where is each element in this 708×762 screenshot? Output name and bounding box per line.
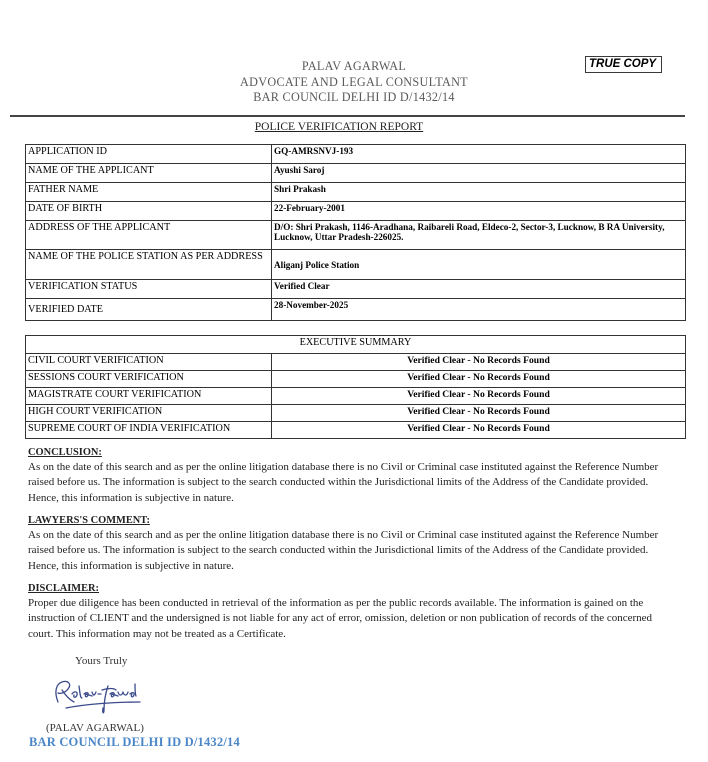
summary-heading-row: EXECUTIVE SUMMARY: [26, 336, 686, 354]
row-label: VERIFICATION STATUS: [26, 280, 272, 299]
closing-salutation: Yours Truly: [75, 655, 127, 667]
row-value: Verified Clear: [272, 280, 686, 299]
row-value: Ayushi Saroj: [272, 164, 686, 183]
table-row: FATHER NAME Shri Prakash: [26, 183, 686, 202]
row-value: D/O: Shri Prakash, 1146-Aradhana, Raibar…: [272, 221, 686, 250]
row-label: CIVIL COURT VERIFICATION: [26, 354, 272, 371]
applicant-details-table: APPLICATION ID GQ-AMRSNVJ-193 NAME OF TH…: [25, 144, 686, 321]
row-value: Verified Clear - No Records Found: [272, 405, 686, 422]
lawyers-comment-heading: LAWYERS'S COMMENT:: [28, 514, 678, 528]
row-value: Verified Clear - No Records Found: [272, 422, 686, 439]
disclaimer-text: Proper due diligence has been conducted …: [28, 596, 678, 642]
row-value: Verified Clear - No Records Found: [272, 388, 686, 405]
conclusion-text: As on the date of this search and as per…: [28, 460, 678, 506]
signature-icon: [46, 672, 146, 725]
table-row: ADDRESS OF THE APPLICANT D/O: Shri Praka…: [26, 221, 686, 250]
row-label: NAME OF THE APPLICANT: [26, 164, 272, 183]
table-row: NAME OF THE APPLICANT Ayushi Saroj: [26, 164, 686, 183]
row-label: FATHER NAME: [26, 183, 272, 202]
executive-summary-table: EXECUTIVE SUMMARY CIVIL COURT VERIFICATI…: [25, 335, 686, 439]
table-row: VERIFICATION STATUS Verified Clear: [26, 280, 686, 299]
row-value: Aliganj Police Station: [272, 250, 686, 280]
table-row: DATE OF BIRTH 22-February-2001: [26, 202, 686, 221]
row-label: SUPREME COURT OF INDIA VERIFICATION: [26, 422, 272, 439]
conclusion-heading: CONCLUSION:: [28, 446, 678, 460]
true-copy-stamp: TRUE COPY: [585, 56, 662, 73]
row-label: HIGH COURT VERIFICATION: [26, 405, 272, 422]
advocate-designation: ADVOCATE AND LEGAL CONSULTANT: [0, 75, 708, 91]
table-row: APPLICATION ID GQ-AMRSNVJ-193: [26, 145, 686, 164]
row-value: Verified Clear - No Records Found: [272, 354, 686, 371]
advocate-bar-id: BAR COUNCIL DELHI ID D/1432/14: [0, 90, 708, 106]
table-row: NAME OF THE POLICE STATION AS PER ADDRES…: [26, 250, 686, 280]
row-value: Verified Clear - No Records Found: [272, 371, 686, 388]
lawyers-comment-section: LAWYERS'S COMMENT: As on the date of thi…: [28, 514, 678, 574]
row-value: 28-November-2025: [272, 299, 686, 321]
summary-heading: EXECUTIVE SUMMARY: [26, 336, 686, 354]
row-label: DATE OF BIRTH: [26, 202, 272, 221]
signatory-name: (PALAV AGARWAL): [46, 722, 144, 734]
table-row: VERIFIED DATE 28-November-2025: [26, 299, 686, 321]
lawyers-comment-text: As on the date of this search and as per…: [28, 528, 678, 574]
row-label: ADDRESS OF THE APPLICANT: [26, 221, 272, 250]
row-label: APPLICATION ID: [26, 145, 272, 164]
disclaimer-section: DISCLAIMER: Proper due diligence has bee…: [28, 582, 678, 642]
header-divider: [10, 115, 685, 117]
row-label: MAGISTRATE COURT VERIFICATION: [26, 388, 272, 405]
row-label: NAME OF THE POLICE STATION AS PER ADDRES…: [26, 250, 272, 280]
table-row: MAGISTRATE COURT VERIFICATION Verified C…: [26, 388, 686, 405]
table-row: HIGH COURT VERIFICATION Verified Clear -…: [26, 405, 686, 422]
table-row: SUPREME COURT OF INDIA VERIFICATION Veri…: [26, 422, 686, 439]
table-row: CIVIL COURT VERIFICATION Verified Clear …: [26, 354, 686, 371]
disclaimer-heading: DISCLAIMER:: [28, 582, 678, 596]
conclusion-section: CONCLUSION: As on the date of this searc…: [28, 446, 678, 506]
row-value: GQ-AMRSNVJ-193: [272, 145, 686, 164]
row-label: VERIFIED DATE: [26, 299, 272, 321]
row-value: 22-February-2001: [272, 202, 686, 221]
row-value: Shri Prakash: [272, 183, 686, 202]
signatory-bar-id: BAR COUNCIL DELHI ID D/1432/14: [29, 735, 240, 750]
table-row: SESSIONS COURT VERIFICATION Verified Cle…: [26, 371, 686, 388]
report-title: POLICE VERIFICATION REPORT: [0, 121, 678, 133]
row-label: SESSIONS COURT VERIFICATION: [26, 371, 272, 388]
